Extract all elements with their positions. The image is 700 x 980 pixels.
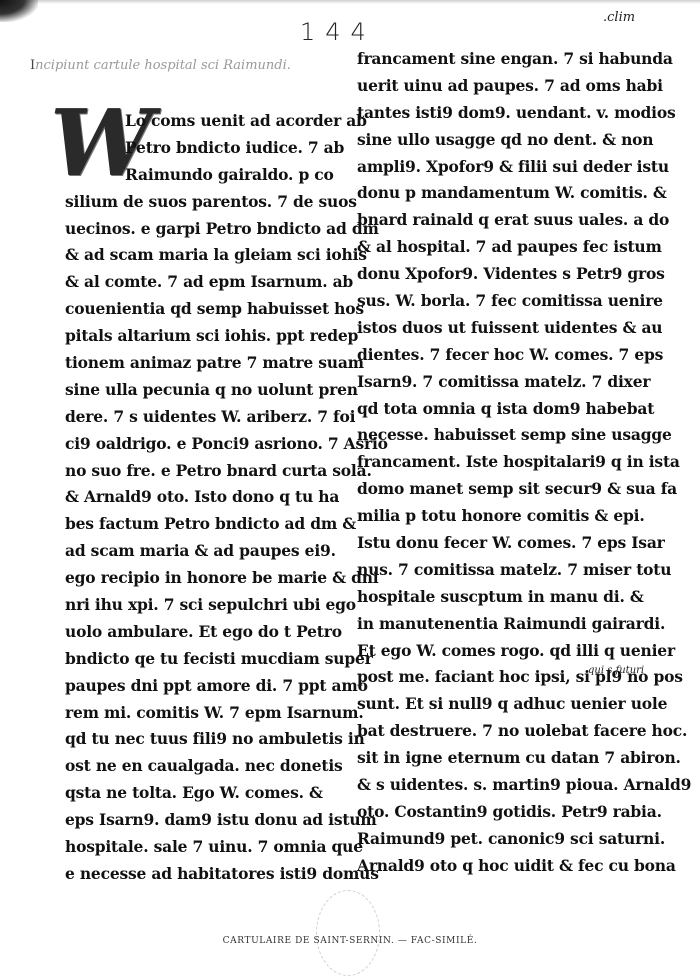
folio-number: 144: [300, 18, 376, 46]
text-line: sunt. Et si null9 q adhuc uenier uole: [357, 691, 677, 718]
page-top-edge: [0, 0, 700, 4]
text-line: necesse. habuisset semp sine usagge: [357, 422, 677, 449]
text-line: donu Xpofor9. Videntes s Petr9 gros: [357, 261, 677, 288]
text-line: ego recipio in honore be marie & dni: [65, 565, 345, 592]
text-line: Arnald9 oto q hoc uidit & fec cu bona: [357, 853, 677, 880]
text-line: ampli9. Xpofor9 & filii sui deder istu: [357, 154, 677, 181]
text-line: bes factum Petro bndicto ad dm &: [65, 511, 345, 538]
page-caption: CARTULAIRE DE SAINT-SERNIN. — FAC-SIMILÉ…: [0, 936, 700, 946]
text-line: Isarn9. 7 comitissa matelz. 7 dixer: [357, 369, 677, 396]
text-line: rem mi. comitis W. 7 epm Isarnum.: [65, 700, 345, 727]
text-line: Lo coms uenit ad acorder ab: [65, 108, 345, 135]
text-line: Istu donu fecer W. comes. 7 eps Isar: [357, 530, 677, 557]
text-line: sit in igne eternum cu datan 7 abiron.: [357, 745, 677, 772]
text-line: e necesse ad habitatores isti9 domus: [65, 861, 345, 888]
text-line: qd tu nec tuus fili9 no ambuletis in: [65, 726, 345, 753]
text-line: nri ihu xpi. 7 sci sepulchri ubi ego: [65, 592, 345, 619]
text-line: bnard rainald q erat suus uales. a do: [357, 207, 677, 234]
text-line: & ad scam maria la gleiam sci iohis: [65, 242, 345, 269]
text-line: dientes. 7 fecer hoc W. comes. 7 eps: [357, 342, 677, 369]
text-line: no suo fre. e Petro bnard curta sola.: [65, 458, 345, 485]
interlinear-gloss: qui s futuri: [588, 665, 644, 676]
text-line: & al comte. 7 ad epm Isarnum. ab: [65, 269, 345, 296]
text-line: & Arnald9 oto. Isto dono q tu ha: [65, 484, 345, 511]
text-line: hospitale. sale 7 uinu. 7 omnia que: [65, 834, 345, 861]
text-line: uecinos. e garpi Petro bndicto ad dm: [65, 216, 345, 243]
text-line: sus. W. borla. 7 fec comitissa uenire: [357, 288, 677, 315]
left-text-column: Lo coms uenit ad acorder ab Petro bndict…: [65, 108, 345, 888]
text-line: in manutenentia Raimundi gairardi.: [357, 611, 677, 638]
text-line: paupes dni ppt amore di. 7 ppt amo: [65, 673, 345, 700]
scan-corner-shadow: [0, 0, 38, 22]
text-line: sine ulla pecunia q no uolunt pren: [65, 377, 345, 404]
library-stamp: [316, 890, 380, 976]
text-line: & s uidentes. s. martin9 pioua. Arnald9: [357, 772, 677, 799]
text-line: eps Isarn9. dam9 istu donu ad istum: [65, 807, 345, 834]
text-line: domo manet semp sit secur9 & sua fa: [357, 476, 677, 503]
text-line: uolo ambulare. Et ego do t Petro: [65, 619, 345, 646]
text-line: qd tota omnia q ista dom9 habebat: [357, 396, 677, 423]
text-line: dere. 7 s uidentes W. ariberz. 7 foi: [65, 404, 345, 431]
text-line: oto. Costantin9 gotidis. Petr9 rabia.: [357, 799, 677, 826]
text-line: Petro bndicto iudice. 7 ab: [65, 135, 345, 162]
text-line: francament sine engan. 7 si habunda: [357, 46, 677, 73]
text-line: bat destruere. 7 no uolebat facere hoc.: [357, 718, 677, 745]
text-line: milia p totu honore comitis & epi.: [357, 503, 677, 530]
text-line: Et ego W. comes rogo. qd illi q uenier: [357, 638, 677, 665]
text-line: silium de suos parentos. 7 de suos: [65, 189, 345, 216]
text-line: donu p mandamentum W. comitis. &: [357, 180, 677, 207]
folio-roman-numeral: .clim: [603, 10, 635, 25]
rubric-text: ncipiunt cartule hospital sci Raimundi.: [35, 58, 291, 73]
text-line: nus. 7 comitissa matelz. 7 miser totu: [357, 557, 677, 584]
text-line: & al hospital. 7 ad paupes fec istum: [357, 234, 677, 261]
text-line: sine ullo usagge qd no dent. & non: [357, 127, 677, 154]
text-line: qsta ne tolta. Ego W. comes. &: [65, 780, 345, 807]
text-line: ad scam maria & ad paupes ei9.: [65, 538, 345, 565]
text-line: couenientia qd semp habuisset hos: [65, 296, 345, 323]
text-line: pitals altarium sci iohis. ppt redep: [65, 323, 345, 350]
text-line: bndicto qe tu fecisti mucdiam super: [65, 646, 345, 673]
rubric-heading: Incipiunt cartule hospital sci Raimundi.: [30, 58, 291, 73]
text-line: uerit uinu ad paupes. 7 ad oms habi: [357, 73, 677, 100]
text-line: Raimund9 pet. canonic9 sci saturni.: [357, 826, 677, 853]
text-line: Raimundo gairaldo. p co: [65, 162, 345, 189]
text-line: ci9 oaldrigo. e Ponci9 asriono. 7 Asrio: [65, 431, 345, 458]
right-text-column: francament sine engan. 7 si habunda ueri…: [357, 46, 677, 880]
text-line: istos duos ut fuissent uidentes & au: [357, 315, 677, 342]
text-line: tantes isti9 dom9. uendant. v. modios: [357, 100, 677, 127]
text-line: francament. Iste hospitalari9 q in ista: [357, 449, 677, 476]
text-line: ost ne en caualgada. nec donetis: [65, 753, 345, 780]
text-line: tionem animaz patre 7 matre suam: [65, 350, 345, 377]
text-line: hospitale suscptum in manu di. &: [357, 584, 677, 611]
